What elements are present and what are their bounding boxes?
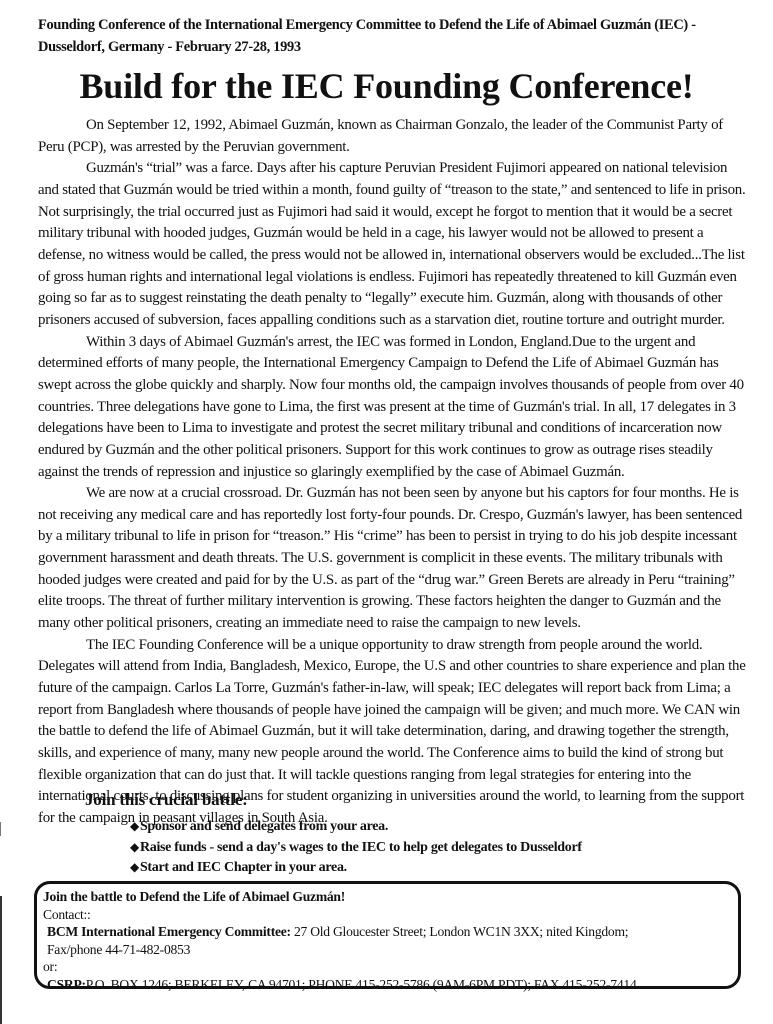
paragraph-trial: Guzmán's “trial” was a farce. Days after… [38, 158, 750, 331]
csrp-name: CSRP: [47, 977, 86, 992]
call-to-action-list: ◆Sponsor and send delegates from your ar… [130, 816, 582, 878]
bcm-name: BCM International Emergency Committee: [47, 924, 291, 939]
header-line-2: Dusseldorf, Germany - February 27-28, 19… [38, 36, 758, 58]
list-item: ◆Sponsor and send delegates from your ar… [130, 816, 582, 837]
call-to-action-heading: Join this crucial battle: [85, 790, 248, 810]
paragraph-iec-formed: Within 3 days of Abimael Guzmán's arrest… [38, 332, 750, 484]
list-item: ◆Raise funds - send a day's wages to the… [130, 837, 582, 858]
page-title: Build for the IEC Founding Conference! [0, 60, 773, 112]
diamond-bullet-icon: ◆ [130, 840, 139, 854]
scan-edge-mark [0, 896, 2, 1024]
diamond-bullet-icon: ◆ [130, 819, 139, 833]
csrp-details: P.O. BOX 1246; BERKELEY, CA 94701; PHONE… [86, 977, 637, 992]
bcm-address: 27 Old Gloucester Street; London WC1N 3X… [291, 924, 629, 939]
list-item-text: Sponsor and send delegates from your are… [140, 819, 388, 834]
diamond-bullet-icon: ◆ [130, 860, 139, 874]
header-line-1: Founding Conference of the International… [38, 14, 758, 36]
list-item-text: Raise funds - send a day's wages to the … [140, 840, 582, 855]
paragraph-crossroad: We are now at a crucial crossroad. Dr. G… [38, 483, 750, 635]
document-page: Founding Conference of the International… [0, 0, 773, 1024]
list-item-text: Start and IEC Chapter in your area. [140, 860, 347, 875]
conference-header: Founding Conference of the International… [38, 14, 758, 58]
csrp-contact: CSRP:P.O. BOX 1246; BERKELEY, CA 94701; … [43, 976, 637, 994]
scan-edge-mark [0, 822, 1, 836]
list-item: ◆Start and IEC Chapter in your area. [130, 857, 582, 878]
or-label: or: [43, 958, 637, 976]
article-body: On September 12, 1992, Abimael Guzmán, k… [38, 115, 750, 830]
paragraph-arrest: On September 12, 1992, Abimael Guzmán, k… [38, 115, 750, 158]
bcm-fax: Fax/phone 44-71-482-0853 [43, 941, 637, 959]
contact-box-heading: Join the battle to Defend the Life of Ab… [43, 888, 637, 906]
bcm-contact: BCM International Emergency Committee: 2… [43, 923, 637, 941]
contact-label: Contact:: [43, 906, 637, 924]
contact-box: Join the battle to Defend the Life of Ab… [34, 881, 741, 989]
